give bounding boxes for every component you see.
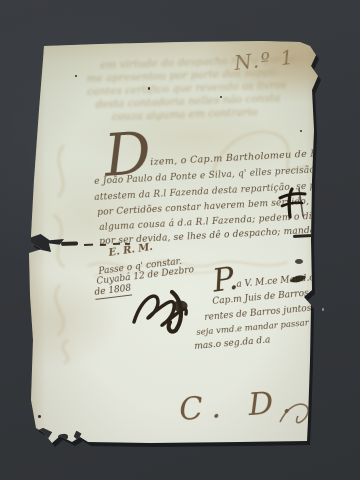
document-photo: N.º 1 em virtude do despacho retro que s… (0, 0, 360, 480)
paper-vignette (28, 40, 320, 448)
manuscript-paper: N.º 1 em virtude do despacho retro que s… (28, 40, 320, 448)
background-speck (322, 308, 324, 311)
